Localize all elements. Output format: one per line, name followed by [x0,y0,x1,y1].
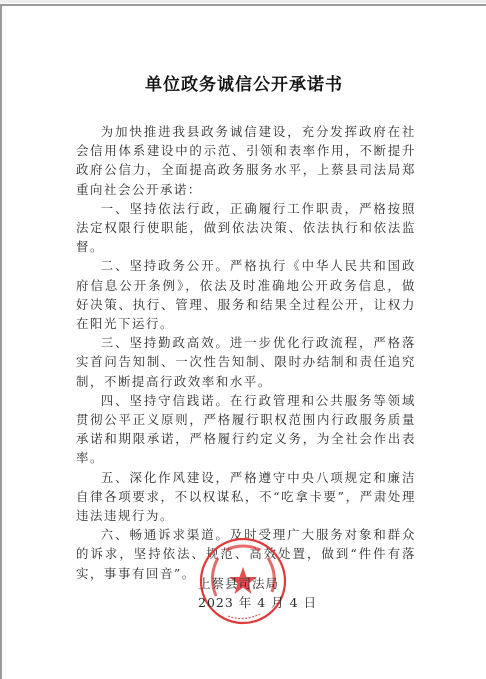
signature-organization: 上蔡县司法局 [198,574,279,592]
document-page: 单位政务诚信公开承诺书 为加快推进我县政务诚信建设，充分发挥政府在社会信用体系建… [2,6,486,679]
paragraph-1: 一、坚持依法行政，正确履行工作职责，严格按照法定权限行使职能，做到依法决策、依法… [76,199,416,257]
viewer-toolbar [0,0,486,3]
document-title: 单位政务诚信公开承诺书 [2,70,486,95]
paragraph-intro: 为加快推进我县政务诚信建设，充分发挥政府在社会信用体系建设中的示范、引领和表率作… [76,122,416,199]
signature-date: 2023 年 4 月 4 日 [198,593,317,611]
document-body: 为加快推进我县政务诚信建设，充分发挥政府在社会信用体系建设中的示范、引领和表率作… [76,122,416,583]
paragraph-2: 二、坚持政务公开。严格执行《中华人民共和国政府信息公开条例》，依法及时准确地公开… [76,256,416,333]
paragraph-5: 五、深化作风建设，严格遵守中央八项规定和廉洁自律各项要求，不以权谋私，不“吃拿卡… [76,468,416,526]
paragraph-3: 三、坚持勤政高效。进一步优化行政流程，严格落实首问告知制、一次性告知制、限时办结… [76,333,416,391]
document-viewer: 单位政务诚信公开承诺书 为加快推进我县政务诚信建设，充分发挥政府在社会信用体系建… [0,0,486,679]
paragraph-4: 四、坚持守信践诺。在行政管理和公共服务等领域贯彻公平正义原则，严格履行职权范围内… [76,391,416,468]
